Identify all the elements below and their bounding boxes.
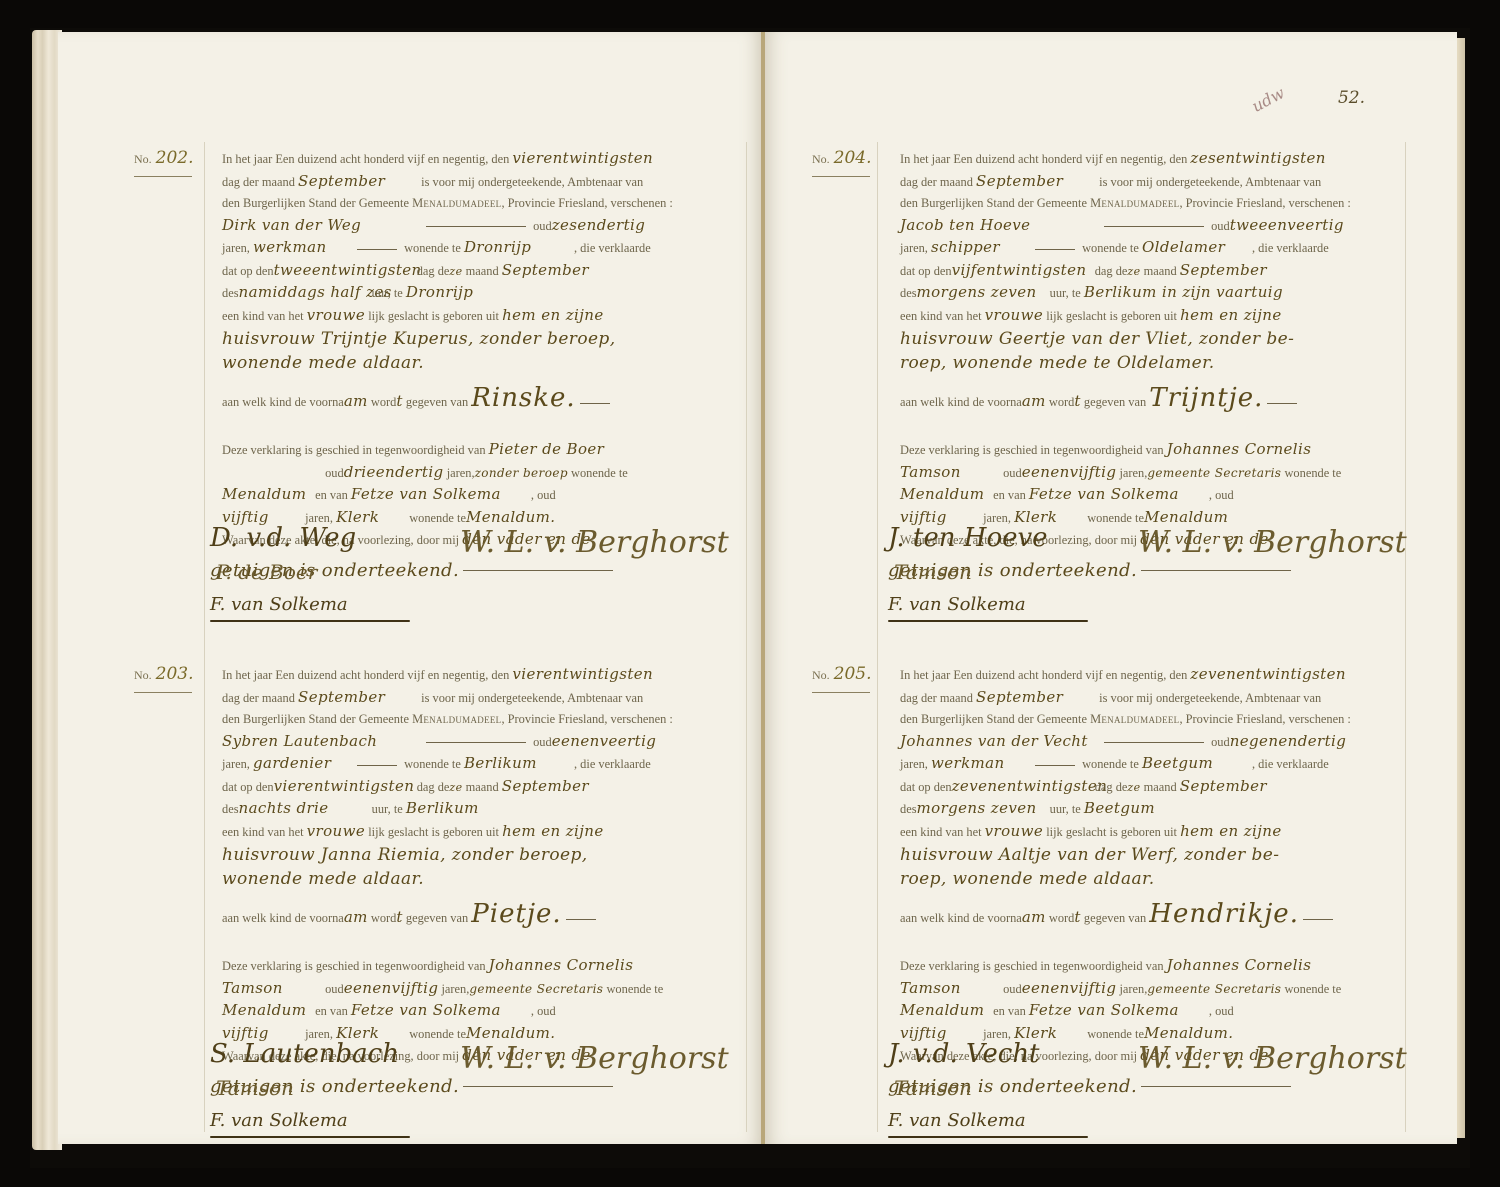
line-occupation: jaren, gardenier wonende te Berlikum, di… (222, 753, 722, 776)
printed-text: In het jaar Een duizend acht honderd vij… (222, 152, 509, 166)
pencil-annotation: udw (1248, 83, 1287, 116)
printed-text: am (344, 392, 368, 410)
record-number-value: 202. (156, 148, 194, 168)
printed-text: maand (1144, 264, 1177, 278)
signature-witness2: F. van Solkema (210, 594, 348, 616)
printed-text: dag der maand (222, 691, 295, 705)
hw-witness1-age: eenenvijftig (344, 979, 439, 997)
printed-text: am (1022, 908, 1046, 926)
printed-text: en van (993, 1004, 1026, 1018)
hw-parents-1: hem en zijne (1180, 306, 1282, 324)
hw-parents-3: roep, wonende mede te Oldelamer. (900, 351, 1400, 375)
printed-text: t (1074, 392, 1080, 410)
hw-birth-month: September (1180, 777, 1267, 795)
printed-text: aan welk kind de voorna (222, 395, 344, 409)
hw-month: September (298, 687, 418, 709)
printed-text: en van (315, 488, 348, 502)
printed-text: wonende te (404, 757, 461, 771)
hw-witness2-name: Fetze van Solkema (351, 484, 531, 506)
margin-rule (877, 142, 878, 1132)
line-witness1: Tamson oudeenenvijftig jaren,gemeente Se… (222, 978, 722, 1001)
record-number: No.202. (134, 148, 194, 171)
printed-text: Deze verklaring is geschied in tegenwoor… (900, 443, 1164, 457)
hw-witness1-name: Johannes Cornelis (1167, 440, 1312, 458)
signature-underline (210, 620, 410, 622)
printed-text: Deze verklaring is geschied in tegenwoor… (900, 959, 1164, 973)
text-span: ze (1127, 781, 1140, 794)
hw-parents-1: hem en zijne (1180, 822, 1282, 840)
hw-declarant: Jacob ten Hoeve (900, 215, 1100, 237)
printed-text: t (1074, 908, 1080, 926)
printed-text: des (900, 286, 917, 300)
text-span: ze (1127, 265, 1140, 278)
hw-parents-3: wonende mede aldaar. (222, 867, 722, 891)
printed-text: jaren, (222, 757, 250, 771)
hw-witness2-residence: Menaldum (1144, 508, 1228, 526)
printed-text: uur, te (1050, 802, 1081, 816)
printed-text: jaren, (441, 982, 469, 996)
signature-block: J. v.d. Vecht Tamson F. van Solkema W. L… (888, 1044, 1408, 1164)
line-witness1: ouddrieendertig jaren,zonder beroep wone… (222, 462, 722, 485)
record-number-value: 203. (156, 664, 194, 684)
printed-text: oud (1211, 735, 1230, 749)
printed-text: des (222, 286, 239, 300)
text-span: ze (449, 265, 462, 278)
printed-text: den Burgerlijken Stand der Gemeente (900, 196, 1087, 210)
printed-text: jaren, (1119, 982, 1147, 996)
line-registry: den Burgerlijken Stand der Gemeente Mena… (900, 193, 1400, 215)
hw-witness2-residence: Menaldum. (1144, 1024, 1234, 1042)
line-child-name: aan welk kind de voornaam wordt gegeven … (900, 899, 1400, 933)
printed-text: gegeven van (1084, 911, 1146, 925)
hw-occupation: schipper (931, 237, 1031, 259)
record-number-rule (134, 176, 192, 177)
hw-birth-place: Dronrijp (406, 283, 473, 301)
printed-text: t (396, 392, 402, 410)
line-birth-time: desnachts drie uur, te Berlikum (222, 798, 722, 821)
hw-witness1-residence: Menaldum (222, 484, 312, 506)
printed-text: , Provincie Friesland, verschenen : (1179, 712, 1350, 726)
printed-text: oud (1003, 466, 1022, 480)
hw-witness1-name-2: Tamson (222, 978, 322, 1000)
line-date: In het jaar Een duizend acht honderd vij… (900, 148, 1400, 171)
printed-text: des (222, 802, 239, 816)
hw-parents-2: huisvrouw Geertje van der Vliet, zonder … (900, 327, 1400, 351)
hw-parents-3: wonende mede aldaar. (222, 351, 722, 375)
printed-text: aan welk kind de voorna (900, 911, 1022, 925)
line-parents: een kind van het vrouwe lijk geslacht is… (900, 305, 1400, 328)
line-date: In het jaar Een duizend acht honderd vij… (222, 664, 722, 687)
birth-record-204: No.204. In het jaar Een duizend acht hon… (900, 148, 1400, 586)
hw-occupation: werkman (253, 237, 353, 259)
line-child-name: aan welk kind de voornaam wordt gegeven … (222, 899, 722, 933)
printed-text: een kind van het (900, 309, 982, 323)
signature-block: J. ten Hoeve Tamson F. van Solkema W. L.… (888, 528, 1408, 648)
line-witness1: Tamson oudeenenvijftig jaren,gemeente Se… (900, 978, 1400, 1001)
hw-witness2-name: Fetze van Solkema (1029, 484, 1209, 506)
text-span: wonende te (606, 982, 663, 996)
printed-text: aan welk kind de voorna (900, 395, 1022, 409)
fill-line (1303, 919, 1333, 920)
hw-witness1-residence: Menaldum (222, 1000, 312, 1022)
signature-witness2: F. van Solkema (210, 1110, 348, 1132)
line-declarant: Dirk van der Weg oudzesendertig (222, 215, 722, 238)
fill-line (580, 403, 610, 404)
hw-month: September (298, 171, 418, 193)
hw-witness1-name-2: Tamson (900, 462, 1000, 484)
hw-declarant-age: tweeenveertig (1230, 216, 1344, 234)
printed-text: oud (1211, 219, 1230, 233)
line-month: dag der maand September is voor mij onde… (900, 171, 1400, 194)
signature-underline (210, 1136, 410, 1138)
text-span: wonende te (1284, 466, 1341, 480)
printed-text: dag der maand (900, 175, 973, 189)
hw-birth-time: namiddags half zes (239, 282, 369, 304)
signature-declarant: D. v.d. Weg (210, 528, 356, 550)
line-witness1: Tamson oudeenenvijftig jaren,gemeente Se… (900, 462, 1400, 485)
signature-witness1: Tamson (216, 1078, 294, 1100)
record-number: No.203. (134, 664, 194, 687)
hw-sex: vrouwe (307, 822, 365, 840)
margin-rule (204, 142, 205, 1132)
printed-text: een kind van het (222, 825, 304, 839)
fill-line (426, 226, 526, 227)
printed-text: wonende te (1082, 757, 1139, 771)
hw-day: vierentwintigsten (512, 665, 653, 683)
hw-month: September (976, 687, 1096, 709)
fill-line (357, 249, 397, 250)
line-witness2: Menaldum en van Fetze van Solkema, oud (222, 1000, 722, 1023)
line-occupation: jaren, werkman wonende te Dronrijp, die … (222, 237, 722, 260)
hw-residence: Oldelamer (1142, 237, 1252, 259)
signature-witness2: F. van Solkema (888, 1110, 1026, 1132)
line-registry: den Burgerlijken Stand der Gemeente Mena… (222, 709, 722, 731)
line-declarant: Johannes van der Vecht oudnegenendertig (900, 731, 1400, 754)
line-witness2: Menaldum en van Fetze van Solkema, oud (222, 484, 722, 507)
hw-parents-1: hem en zijne (502, 306, 604, 324)
fill-line (426, 742, 526, 743)
printed-text: uur, te (1050, 286, 1081, 300)
printed-text: , oud (1209, 1004, 1234, 1018)
book-gutter (761, 32, 765, 1144)
line-witness-intro: Deze verklaring is geschied in tegenwoor… (900, 439, 1400, 462)
hw-sex: vrouwe (985, 306, 1043, 324)
printed-text: wonende te (1087, 1027, 1144, 1041)
printed-text: In het jaar Een duizend acht honderd vij… (222, 668, 509, 682)
hw-witness1-name: Pieter de Boer (489, 440, 605, 458)
hw-witness1-age: eenenvijftig (1022, 979, 1117, 997)
printed-text: is voor mij ondergeteekende, Ambtenaar v… (421, 691, 643, 705)
printed-text: , die verklaarde (574, 241, 651, 255)
hw-witness1-age: drieendertig (344, 463, 444, 481)
hw-witness1-name: Johannes Cornelis (489, 956, 634, 974)
hw-declarant: Dirk van der Weg (222, 215, 422, 237)
printed-text: , die verklaarde (1252, 241, 1329, 255)
printed-text: am (1022, 392, 1046, 410)
printed-text: en van (993, 488, 1026, 502)
printed-text: oud (1003, 982, 1022, 996)
printed-text: word (371, 395, 396, 409)
line-date: In het jaar Een duizend acht honderd vij… (900, 664, 1400, 687)
printed-text: dag der maand (222, 175, 295, 189)
record-number-value: 204. (834, 148, 872, 168)
signature-witness1: Tamson (894, 1078, 972, 1100)
printed-text: jaren, (222, 241, 250, 255)
printed-text: No. (134, 668, 152, 682)
printed-text: gegeven van (406, 395, 468, 409)
hw-witness2-residence: Menaldum. (466, 1024, 556, 1042)
line-date: In het jaar Een duizend acht honderd vij… (222, 148, 722, 171)
hw-occupation: gardenier (253, 753, 353, 775)
printed-text: , oud (1209, 488, 1234, 502)
printed-text: , Provincie Friesland, verschenen : (501, 712, 672, 726)
signature-registrar: W. L. v. Berghorst (460, 532, 729, 554)
printed-text: In het jaar Een duizend acht honderd vij… (900, 152, 1187, 166)
signature-registrar: W. L. v. Berghorst (460, 1048, 729, 1070)
hw-birth-month: September (502, 261, 589, 279)
hw-parents-2: huisvrouw Janna Riemia, zonder beroep, (222, 843, 722, 867)
printed-text: jaren, (1119, 466, 1147, 480)
line-birth-time: desmorgens zeven uur, te Beetgum (900, 798, 1400, 821)
hw-parents-3: roep, wonende mede aldaar. (900, 867, 1400, 891)
printed-text: uur, te (372, 802, 403, 816)
hw-witness1-occupation: gemeente Secretaris (1147, 466, 1281, 480)
signature-witness2: F. van Solkema (888, 594, 1026, 616)
signature-declarant: J. ten Hoeve (888, 528, 1048, 550)
hw-birth-month: September (502, 777, 589, 795)
hw-child-name: Trijntje. (1149, 383, 1263, 413)
birth-record-202: No.202. In het jaar Een duizend acht hon… (222, 148, 722, 586)
printed-text: wonende te (409, 1027, 466, 1041)
signature-underline (888, 1136, 1088, 1138)
line-child-name: aan welk kind de voornaam wordt gegeven … (900, 383, 1400, 417)
printed-text: lijk geslacht is geboren uit (368, 309, 499, 323)
line-parents: een kind van het vrouwe lijk geslacht is… (222, 821, 722, 844)
printed-text: , Provincie Friesland, verschenen : (1179, 196, 1350, 210)
printed-text: is voor mij ondergeteekende, Ambtenaar v… (421, 175, 643, 189)
hw-sex: vrouwe (985, 822, 1043, 840)
hw-birth-place: Beetgum (1084, 799, 1155, 817)
printed-text: oud (325, 466, 344, 480)
line-birth-day: dat op denzevenentwintigsten dag deze ma… (900, 776, 1400, 799)
hw-witness1-occupation: gemeente Secretaris (469, 982, 603, 996)
hw-declarant-age: negenendertig (1230, 732, 1347, 750)
printed-text: , oud (531, 1004, 556, 1018)
hw-declarant: Sybren Lautenbach (222, 731, 422, 753)
fill-line (1104, 742, 1204, 743)
printed-text: No. (812, 668, 830, 682)
signature-witness1: Tamson (894, 562, 972, 584)
line-month: dag der maand September is voor mij onde… (222, 687, 722, 710)
line-child-name: aan welk kind de voornaam wordt gegeven … (222, 383, 722, 417)
birth-record-205: No.205. In het jaar Een duizend acht hon… (900, 664, 1400, 1102)
line-birth-time: desnamiddags half zes uur, te Dronrijp (222, 282, 722, 305)
printed-text: , die verklaarde (574, 757, 651, 771)
printed-text: een kind van het (222, 309, 304, 323)
printed-text: aan welk kind de voorna (222, 911, 344, 925)
printed-text: jaren, (447, 466, 475, 480)
signature-witness1: P. de Boer (216, 562, 317, 584)
line-witness-intro: Deze verklaring is geschied in tegenwoor… (222, 439, 722, 462)
hw-residence: Beetgum (1142, 753, 1252, 775)
printed-text: jaren, (900, 757, 928, 771)
printed-text: dat op den (222, 264, 274, 278)
line-witness-intro: Deze verklaring is geschied in tegenwoor… (900, 955, 1400, 978)
hw-child-name: Hendrikje. (1149, 899, 1299, 929)
fill-line (566, 919, 596, 920)
printed-text: gegeven van (1084, 395, 1146, 409)
line-witness2: Menaldum en van Fetze van Solkema, oud (900, 484, 1400, 507)
record-number-rule (812, 692, 870, 693)
printed-text: , oud (531, 488, 556, 502)
printed-text: lijk geslacht is geboren uit (1046, 309, 1177, 323)
text-span: ze (449, 781, 462, 794)
hw-birth-month: September (1180, 261, 1267, 279)
hw-day: vierentwintigsten (512, 149, 653, 167)
printed-text: wonende te (409, 511, 466, 525)
hw-day: zevenentwintigsten (1190, 665, 1346, 683)
printed-text: en van (315, 1004, 348, 1018)
printed-text: wonende te (1082, 241, 1139, 255)
hw-birth-day: zevenentwintigsten (952, 776, 1092, 798)
line-parents: een kind van het vrouwe lijk geslacht is… (222, 305, 722, 328)
line-declarant: Sybren Lautenbach oudeenenveertig (222, 731, 722, 754)
printed-text: dat op den (900, 780, 952, 794)
record-number: No.205. (812, 664, 872, 687)
printed-text: word (371, 911, 396, 925)
hw-declarant-age: zesendertig (552, 216, 646, 234)
margin-rule (746, 142, 747, 1132)
hw-birth-day: vierentwintigsten (274, 776, 414, 798)
printed-text: oud (325, 982, 344, 996)
hw-witness1-residence: Menaldum (900, 1000, 990, 1022)
line-birth-day: dat op denvierentwintigsten dag deze maa… (222, 776, 722, 799)
printed-text: lijk geslacht is geboren uit (368, 825, 499, 839)
line-month: dag der maand September is voor mij onde… (222, 171, 722, 194)
line-birth-day: dat op denvijfentwintigsten dag deze maa… (900, 260, 1400, 283)
printed-text: am (344, 908, 368, 926)
line-month: dag der maand September is voor mij onde… (900, 687, 1400, 710)
fill-line (1104, 226, 1204, 227)
hw-witness1-name: Johannes Cornelis (1167, 956, 1312, 974)
hw-witness1-name-2: Tamson (900, 978, 1000, 1000)
line-birth-day: dat op dentweeentwintigsten dag deze maa… (222, 260, 722, 283)
hw-witness1-occupation: zonder beroep (475, 466, 568, 480)
line-occupation: jaren, werkman wonende te Beetgum, die v… (900, 753, 1400, 776)
printed-text: No. (812, 152, 830, 166)
printed-text: den Burgerlijken Stand der Gemeente (222, 196, 409, 210)
line-registry: den Burgerlijken Stand der Gemeente Mena… (900, 709, 1400, 731)
hw-birth-time: morgens zeven (917, 798, 1047, 820)
hw-declarant-age: eenenveertig (552, 732, 657, 750)
printed-text: is voor mij ondergeteekende, Ambtenaar v… (1099, 175, 1321, 189)
page-number: 52. (1338, 88, 1365, 108)
printed-text: dag de (417, 780, 450, 794)
printed-text: is voor mij ondergeteekende, Ambtenaar v… (1099, 691, 1321, 705)
signature-underline (888, 620, 1088, 622)
printed-text: dag der maand (900, 691, 973, 705)
printed-text: word (1049, 395, 1074, 409)
printed-text: Menaldumadeel (412, 196, 501, 210)
signature-declarant: J. v.d. Vecht (888, 1044, 1040, 1066)
printed-text: Menaldumadeel (412, 712, 501, 726)
signature-block: S. Lautenbach Tamson F. van Solkema W. L… (210, 1044, 730, 1164)
birth-record-203: No.203. In het jaar Een duizend acht hon… (222, 664, 722, 1102)
printed-text: , Provincie Friesland, verschenen : (501, 196, 672, 210)
printed-text: word (1049, 911, 1074, 925)
record-number-rule (134, 692, 192, 693)
printed-text: dag de (417, 264, 450, 278)
text-span: wonende te (1284, 982, 1341, 996)
signature-registrar: W. L. v. Berghorst (1138, 532, 1407, 554)
printed-text: Deze verklaring is geschied in tegenwoor… (222, 959, 486, 973)
printed-text: Deze verklaring is geschied in tegenwoor… (222, 443, 486, 457)
fill-line (1035, 249, 1075, 250)
line-parents: een kind van het vrouwe lijk geslacht is… (900, 821, 1400, 844)
signature-block: D. v.d. Weg P. de Boer F. van Solkema W.… (210, 528, 730, 648)
printed-text: oud (533, 219, 552, 233)
line-declarant: Jacob ten Hoeve oudtweeenveertig (900, 215, 1400, 238)
printed-text: dag de (1095, 264, 1128, 278)
hw-witness2-residence: Menaldum. (466, 508, 556, 526)
hw-witness2-name: Fetze van Solkema (1029, 1000, 1209, 1022)
hw-birth-time: nachts drie (239, 798, 369, 820)
hw-birth-day: tweeentwintigsten (274, 260, 414, 282)
printed-text: Menaldumadeel (1090, 196, 1179, 210)
fill-line (1267, 403, 1297, 404)
hw-child-name: Pietje. (471, 899, 561, 929)
printed-text: een kind van het (900, 825, 982, 839)
printed-text: wonende te (1087, 511, 1144, 525)
line-witness-intro: Deze verklaring is geschied in tegenwoor… (222, 955, 722, 978)
printed-text: dag de (1095, 780, 1128, 794)
printed-text: maand (466, 780, 499, 794)
printed-text: dat op den (222, 780, 274, 794)
printed-text: gegeven van (406, 911, 468, 925)
printed-text: den Burgerlijken Stand der Gemeente (222, 712, 409, 726)
printed-text: No. (134, 152, 152, 166)
hw-witness1-age: eenenvijftig (1022, 463, 1117, 481)
hw-month: September (976, 171, 1096, 193)
hw-birth-place: Berlikum (406, 799, 479, 817)
hw-witness2-name: Fetze van Solkema (351, 1000, 531, 1022)
signature-declarant: S. Lautenbach (210, 1044, 399, 1066)
fill-line (1035, 765, 1075, 766)
record-number-rule (812, 176, 870, 177)
printed-text: , die verklaarde (1252, 757, 1329, 771)
hw-sex: vrouwe (307, 306, 365, 324)
hw-birth-day: vijfentwintigsten (952, 260, 1092, 282)
printed-text: t (396, 908, 402, 926)
hw-parents-1: hem en zijne (502, 822, 604, 840)
printed-text: dat op den (900, 264, 952, 278)
printed-text: Menaldumadeel (1090, 712, 1179, 726)
printed-text: maand (1144, 780, 1177, 794)
signature-registrar: W. L. v. Berghorst (1138, 1048, 1407, 1070)
printed-text: In het jaar Een duizend acht honderd vij… (900, 668, 1187, 682)
hw-occupation: werkman (931, 753, 1031, 775)
hw-parents-2: huisvrouw Aaltje van der Werf, zonder be… (900, 843, 1400, 867)
line-occupation: jaren, schipper wonende te Oldelamer, di… (900, 237, 1400, 260)
printed-text: uur, te (372, 286, 403, 300)
printed-text: des (900, 802, 917, 816)
hw-witness1-occupation: gemeente Secretaris (1147, 982, 1281, 996)
hw-day: zesentwintigsten (1190, 149, 1325, 167)
line-birth-time: desmorgens zeven uur, te Berlikum in zij… (900, 282, 1400, 305)
printed-text: wonende te (404, 241, 461, 255)
record-number: No.204. (812, 148, 872, 171)
hw-residence: Dronrijp (464, 237, 574, 259)
